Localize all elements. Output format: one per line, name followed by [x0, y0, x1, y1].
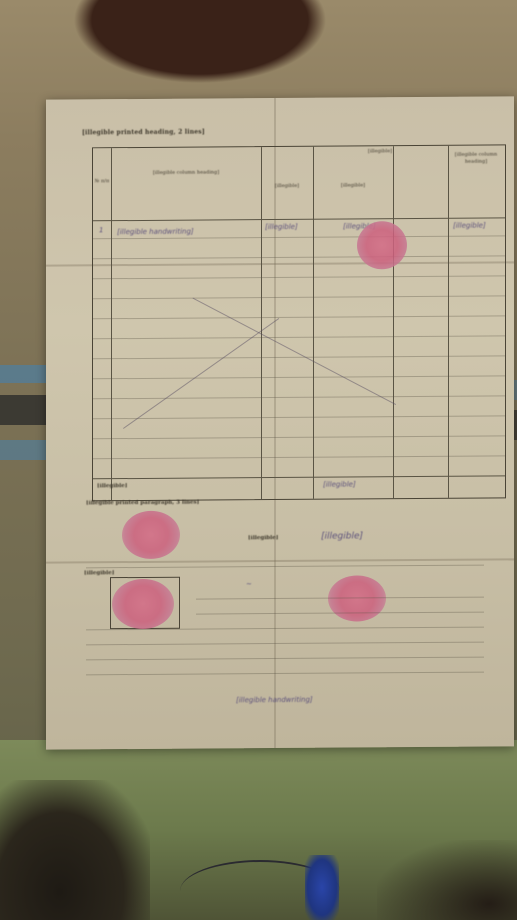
- goods-table: № п/п [illegible column heading] [illegi…: [92, 144, 506, 501]
- col-header-value: [illegible]: [315, 182, 391, 190]
- col-header-qty: [illegible]: [263, 183, 311, 190]
- row-number: 1: [99, 226, 103, 234]
- red-stamp: [122, 511, 180, 559]
- row-description: [illegible handwriting]: [117, 227, 257, 236]
- col-group-header: [illegible]: [315, 148, 445, 156]
- blue-object: [305, 855, 339, 920]
- handwritten-date: [illegible]: [321, 531, 363, 541]
- cross-out-line: [193, 298, 397, 405]
- bottom-signature: [illegible handwriting]: [236, 696, 313, 705]
- declaration-text: [illegible printed paragraph, 3 lines]: [86, 497, 486, 509]
- red-stamp: [112, 579, 174, 629]
- handwriting-scribble: ~: [246, 580, 252, 588]
- row-qty: [illegible]: [265, 223, 298, 231]
- shadow: [0, 780, 150, 920]
- document-heading: [illegible printed heading, 2 lines]: [82, 125, 494, 139]
- col-header-price: [illegible column heading]: [450, 151, 502, 165]
- document-sheet: [illegible printed heading, 2 lines] № п…: [46, 96, 514, 749]
- col-header-num: № п/п: [94, 178, 110, 185]
- total-value: [illegible]: [323, 480, 356, 488]
- cross-out-line: [123, 318, 279, 429]
- row-price: [illegible]: [453, 222, 486, 230]
- shadow: [377, 840, 517, 920]
- col-header-description: [illegible column heading]: [115, 169, 257, 177]
- signature-label: [illegible]: [248, 534, 278, 543]
- paper-fold: [46, 558, 514, 563]
- red-stamp: [357, 221, 407, 269]
- total-label: [illegible]: [97, 482, 127, 491]
